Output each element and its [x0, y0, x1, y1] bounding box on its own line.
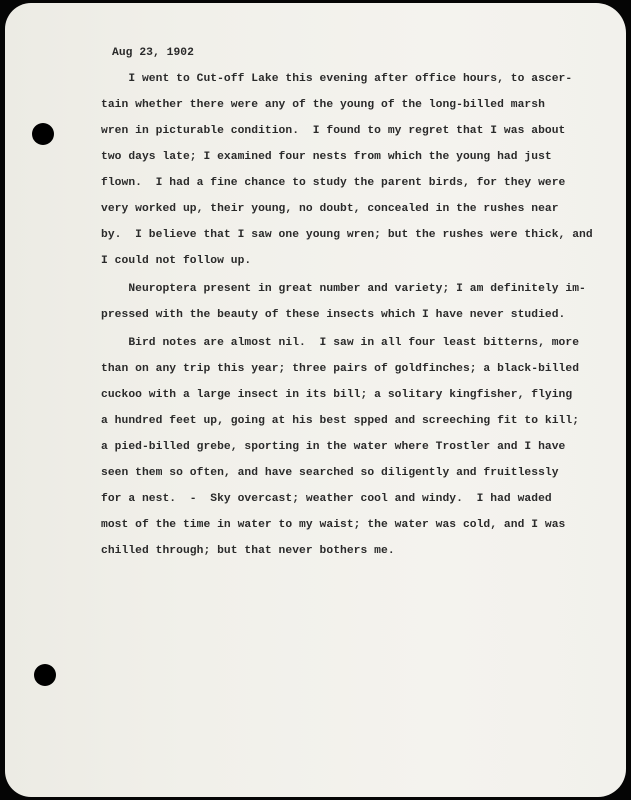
text-line: wren in picturable condition. I found to…: [101, 125, 565, 137]
text-line: very worked up, their young, no doubt, c…: [101, 203, 559, 215]
typed-page: Aug 23, 1902 I went to Cut-off Lake this…: [5, 3, 626, 797]
text-line: I could not follow up.: [101, 255, 251, 267]
text-line: a hundred feet up, going at his best spp…: [101, 415, 579, 427]
text-line: a pied-billed grebe, sporting in the wat…: [101, 441, 565, 453]
entry-date: Aug 23, 1902: [112, 47, 194, 59]
text-line: Bird notes are almost nil. I saw in all …: [101, 337, 579, 349]
text-line: two days late; I examined four nests fro…: [101, 151, 552, 163]
punch-hole-bottom: [34, 664, 56, 686]
text-line: cuckoo with a large insect in its bill; …: [101, 389, 572, 401]
text-line: tain whether there were any of the young…: [101, 99, 545, 111]
text-line: than on any trip this year; three pairs …: [101, 363, 579, 375]
text-line: flown. I had a fine chance to study the …: [101, 177, 565, 189]
punch-hole-top: [32, 123, 54, 145]
text-line: pressed with the beauty of these insects…: [101, 309, 565, 321]
text-line: for a nest. - Sky overcast; weather cool…: [101, 493, 552, 505]
text-line: most of the time in water to my waist; t…: [101, 519, 565, 531]
text-line: by. I believe that I saw one young wren;…: [101, 229, 593, 241]
text-line: seen them so often, and have searched so…: [101, 467, 559, 479]
text-line: I went to Cut-off Lake this evening afte…: [101, 73, 572, 85]
text-line: chilled through; but that never bothers …: [101, 545, 395, 557]
text-line: Neuroptera present in great number and v…: [101, 283, 586, 295]
